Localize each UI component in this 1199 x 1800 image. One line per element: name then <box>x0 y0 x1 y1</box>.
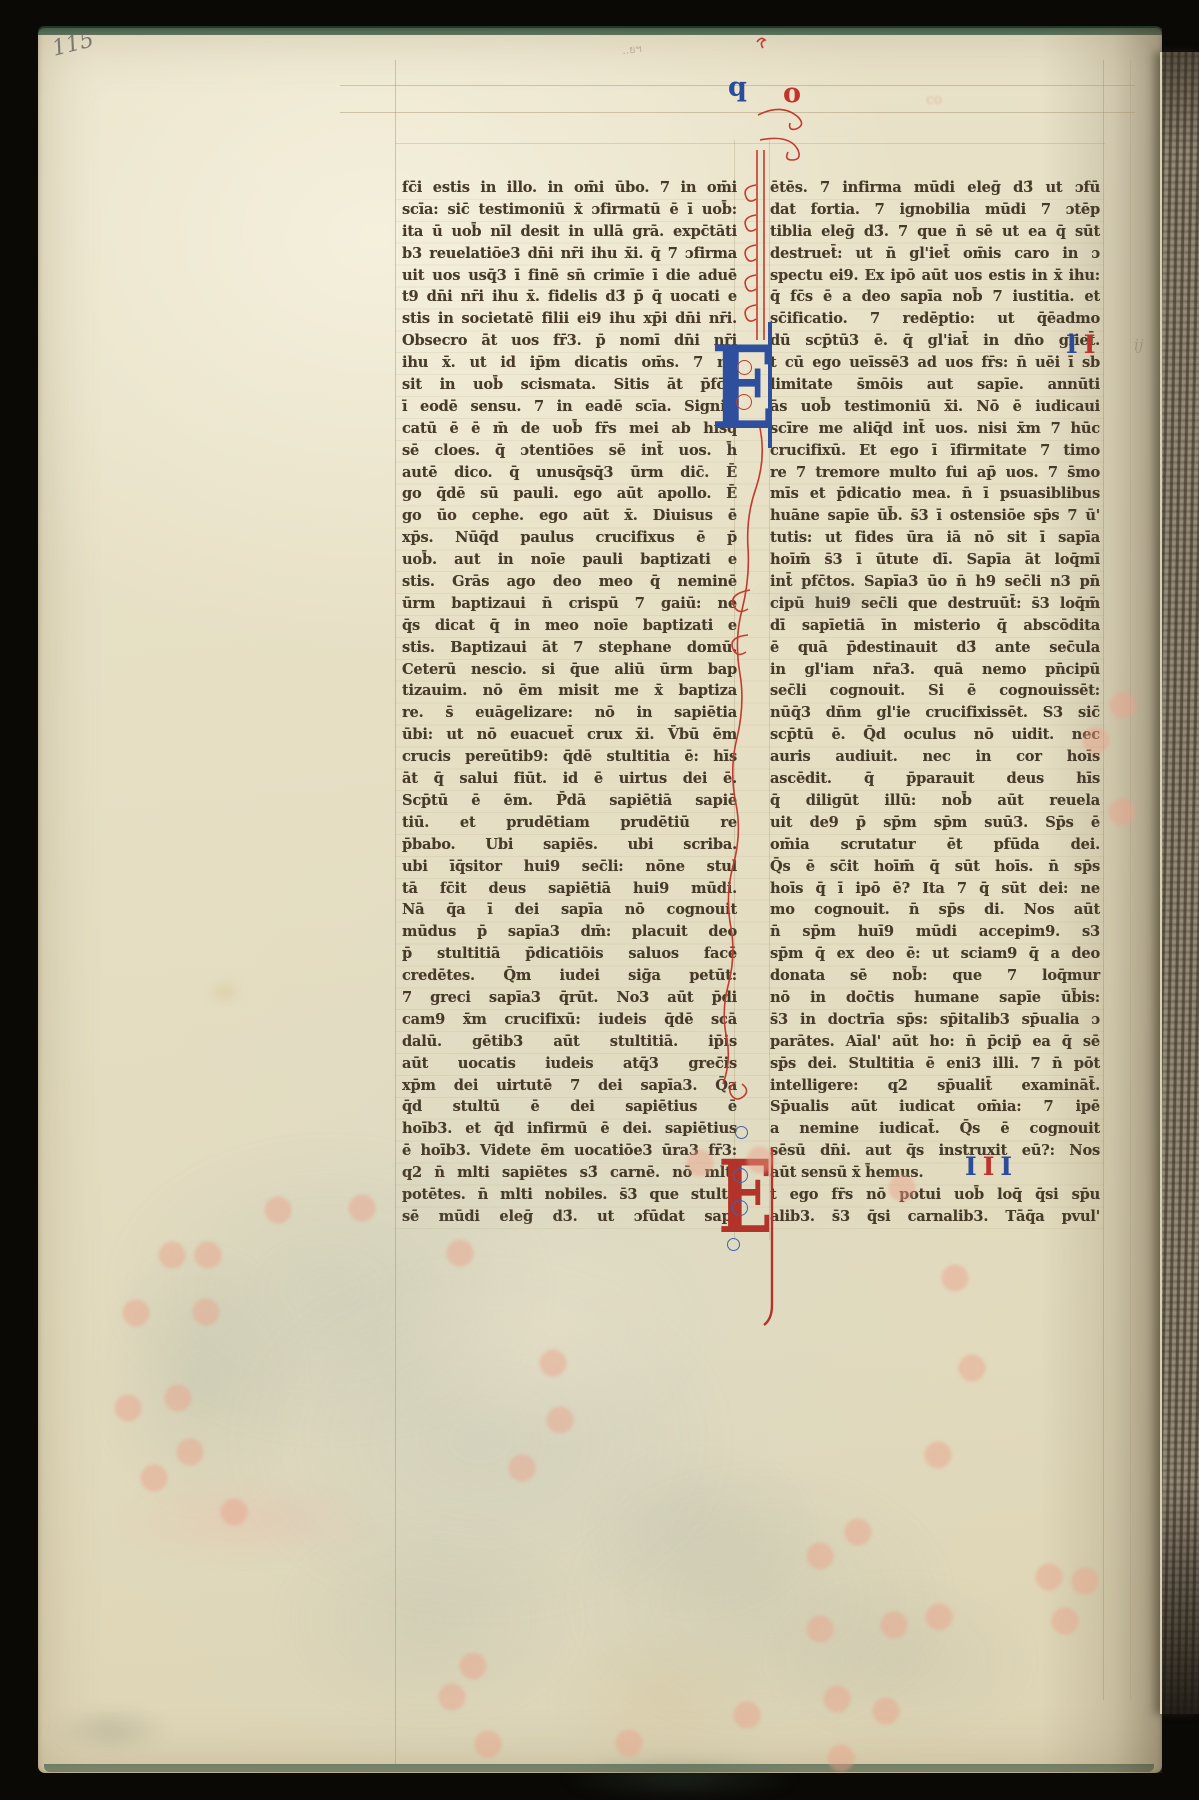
text-column-left: fc̄i estis in illo. in om̄i ūbo. 7 in om… <box>402 177 737 1228</box>
bleed-dot <box>475 1731 502 1758</box>
bleed-dot <box>926 1604 953 1631</box>
text-line: t9 dn̄i nr̄i ihu x̄. fidelis d3̄ p̄ q̄ u… <box>402 286 737 308</box>
bleed-dot <box>824 1686 851 1713</box>
text-line: sē cloes. q̄ ɔtentiōes sē int̄ uos. h̄ <box>402 440 737 462</box>
text-line: go q̄dē sū pauli. ego aūt apollo. Ē <box>402 483 737 505</box>
text-line: Ceterū nescio. si q̄ue aliū ūrm bap <box>402 659 737 681</box>
text-line: q̄d stultū ē dei sapiētius ē <box>402 1096 737 1118</box>
bleed-dot <box>265 1197 292 1224</box>
text-line: āt q̄ salui fiūt. id ē uirtus dei ē. <box>402 768 737 790</box>
bleed-dot <box>547 1407 574 1434</box>
filigree-curl <box>735 1126 748 1139</box>
bleed-haze <box>560 1756 800 1800</box>
initial-tail-red <box>760 1145 790 1345</box>
bleed-haze <box>209 983 241 1001</box>
bleed-dot <box>1072 1568 1099 1595</box>
text-line: ita ū uob̄ nīl desit in ullā grā. expc̄t… <box>402 221 737 243</box>
text-line: uob̄. aut in noīe pauli baptizati e <box>402 549 737 571</box>
text-line: cam9 x̄m crucifixū: iudeis q̄dē scā <box>402 1009 737 1031</box>
bleed-dot <box>959 1355 986 1382</box>
bleed-dot <box>845 1519 872 1546</box>
text-line: p̄babo. Ubi sapiēs. ubi scriba. <box>402 834 737 856</box>
text-line: Obsecro āt uos fr̄3. p̄ nomī dn̄i nr̄i <box>402 330 737 352</box>
bleed-dot <box>349 1195 376 1222</box>
text-line: hoīb3. et q̄d infirmū ē dei. sapiētius <box>402 1118 737 1140</box>
bleed-dot <box>734 1702 761 1729</box>
bleed-dot <box>873 1698 900 1725</box>
text-line: xp̄s. Nūq̄d paulus crucifixus ē p̄ <box>402 527 737 549</box>
text-line: scīa: sic̄ testimoniū x̄ ɔfirmatū ē ī uo… <box>402 199 737 221</box>
filigree-curl <box>732 1200 748 1216</box>
bleed-dot <box>159 1242 186 1269</box>
bleed-dot <box>1036 1564 1063 1591</box>
numeral-stroke: I <box>983 1152 1001 1181</box>
text-line: fc̄i estis in illo. in om̄i ūbo. 7 in om… <box>402 177 737 199</box>
bleed-haze <box>580 1440 820 1620</box>
bleed-dot <box>616 1730 643 1757</box>
bleed-dot <box>747 1147 774 1174</box>
numeral-stroke: I <box>1084 330 1102 359</box>
text-line: 7 greci sapīa3 q̄rūt. No3 aūt p̄di <box>402 987 737 1009</box>
photograph-black-backdrop: 115 q o co ..ยฯ ij fc̄i estis in illo. i… <box>0 0 1199 1800</box>
filigree-curl <box>733 1168 748 1183</box>
bleed-dot <box>1109 799 1136 826</box>
bleed-dot <box>807 1616 834 1643</box>
bleed-dot <box>881 1612 908 1639</box>
ruling-vertical <box>1130 60 1131 1700</box>
numeral-stroke: I <box>1066 330 1084 359</box>
bleed-haze <box>50 1705 170 1755</box>
text-line: autē dico. q̄ unusq̄sq̄3 ūrm dic̄. Ē <box>402 462 737 484</box>
text-line: dalū. gētib3 aūt stultitiā. ip̄is <box>402 1031 737 1053</box>
bleed-dot <box>925 1442 952 1469</box>
top-margin-mark: ..ยฯ <box>621 39 642 59</box>
chapter-numeral-II: II <box>1066 330 1101 359</box>
text-line: re. s̄ euāgelizare: nō in sapiētia <box>402 702 737 724</box>
text-line: stis in societatē filii ei9 ihu xp̄i dn̄… <box>402 308 737 330</box>
bleed-dot <box>509 1455 536 1482</box>
text-line: catū ē ē m̄ de uob̄ fr̄s mei ab hisq̄ <box>402 418 737 440</box>
pencil-marginalia: ij <box>1134 336 1143 354</box>
bleed-dot <box>123 1300 150 1327</box>
bleed-haze <box>270 1510 590 1730</box>
text-line: b3 reuelatiōe3 dn̄i nr̄i ihu x̄i. q̄ 7 ɔ… <box>402 243 737 265</box>
text-line: crucis pereūtib9: q̄dē stultitia ē: hīs <box>402 746 737 768</box>
bleed-dot <box>540 1350 567 1377</box>
running-title-offset-stain: co <box>926 92 942 108</box>
text-line: ihu x̄. ut id ip̄m dicatis om̄s. 7 nō <box>402 352 737 374</box>
text-line: aūt sensū x̄ h̄emus. <box>770 1162 1100 1184</box>
bleed-dot <box>221 1499 248 1526</box>
bleed-dot <box>460 1653 487 1680</box>
bleed-dot <box>177 1439 204 1466</box>
text-line: ūbi: ut nō euacuet̄ crux x̄i. V̄bū ēm <box>402 724 737 746</box>
text-line: go ūo cephe. ego aūt x̄. Diuisus ē <box>402 505 737 527</box>
bleed-dot <box>828 1745 855 1772</box>
bleed-dot <box>807 1543 834 1570</box>
bleed-dot <box>1052 1608 1079 1635</box>
text-line: alib3. s̄3 q̄si carnalib3. Tāq̄a pvul' <box>770 1206 1100 1228</box>
pen-flourish-filigree <box>700 30 820 1110</box>
text-line: mūdus p̄ sapīa3 dm̄: placuit deo <box>402 921 737 943</box>
text-line: stis. Baptizaui āt 7 stephane domū. <box>402 637 737 659</box>
text-line: a nemine iudicat̄. Q̄s ē cognouit <box>770 1118 1100 1140</box>
text-line: credētes. Q̄m iudei siḡa petūt: <box>402 965 737 987</box>
bleed-dot <box>165 1385 192 1412</box>
bleed-haze <box>370 1210 710 1450</box>
bleed-dot <box>439 1684 466 1711</box>
bleed-dot <box>1110 692 1137 719</box>
text-line: aūt uocatis iudeis atq̄3 grec̄is <box>402 1053 737 1075</box>
chapter-numeral-III: III <box>965 1152 1018 1181</box>
text-line: ī eodē sensu. 7 in eadē scīa. Signifi <box>402 396 737 418</box>
text-line: Nā q̄a ī dei sapīa nō cognouit <box>402 899 737 921</box>
text-line: xp̄m dei uirtutē 7 dei sapīa3. Q̄a <box>402 1075 737 1097</box>
text-line: ūrm baptizaui n̄ crispū 7 gaiū: ne <box>402 593 737 615</box>
bleed-dot <box>889 1175 916 1202</box>
text-line: stis. Grās ago deo meo q̄ neminē <box>402 571 737 593</box>
text-line: sit in uob̄ scismata. Sitis āt p̄fc̄ti <box>402 374 737 396</box>
bleed-dot <box>141 1465 168 1492</box>
text-line: ubi īq̄sitor hui9 sec̄li: nōne stul <box>402 856 737 878</box>
text-line: p̄ stultitiā p̄dicatiōis saluos facē <box>402 943 737 965</box>
bleed-dot <box>447 1240 474 1267</box>
text-line: tizauim. nō ēm misit me x̄ baptiza <box>402 680 737 702</box>
numeral-stroke: I <box>965 1152 983 1181</box>
text-line: Scp̄tū ē ēm. P̄dā sapiētiā sapiē <box>402 790 737 812</box>
bleed-haze <box>750 578 910 622</box>
book-cover-edge-top <box>38 26 1162 35</box>
text-line: q̄s dicat q̄ in meo noīe baptizati e <box>402 615 737 637</box>
bleed-haze <box>760 1570 1040 1750</box>
text-line: sēsū dn̄i. aut q̄s instruxit eū?: Nos <box>770 1140 1100 1162</box>
bleed-dot <box>1083 727 1110 754</box>
filigree-curl <box>727 1238 740 1251</box>
text-line: t ego fr̄s nō potui uob̄ loq̄ q̄si sp̄u <box>770 1184 1100 1206</box>
bleed-dot <box>115 1395 142 1422</box>
numeral-stroke: I <box>1000 1152 1018 1181</box>
text-line: tiū. et prudētiam prudētiū re <box>402 812 737 834</box>
bleed-dot <box>687 1150 714 1177</box>
text-line: tā fc̄it deus sapiētiā hui9 mūdi. <box>402 878 737 900</box>
facing-page-text-edge <box>1160 52 1199 1714</box>
bleed-dot <box>942 1265 969 1292</box>
bleed-dot <box>195 1242 222 1269</box>
bleed-dot <box>193 1299 220 1326</box>
text-line: uit uos usq̄3 ī finē sn̄ crimīe ī die ad… <box>402 265 737 287</box>
